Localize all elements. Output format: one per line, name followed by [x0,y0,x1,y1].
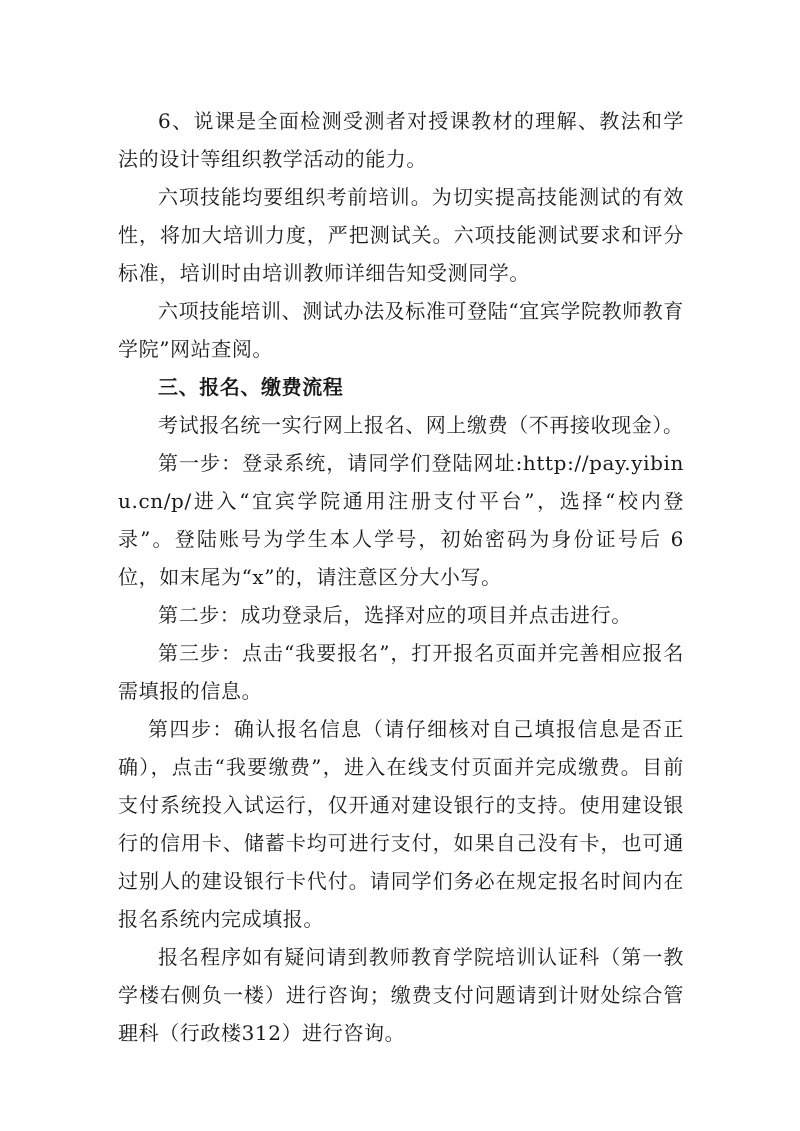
paragraph-training: 六项技能均要组织考前培训。为切实提高技能测试的有效性，将加大培训力度，严把测试关… [118,178,684,292]
paragraph-step-one: 第一步：登录系统，请同学们登陆网址:http://pay.yibinu.cn/p… [118,444,684,596]
paragraph-lecture-skill: 6、说课是全面检测受测者对授课教材的理解、教法和学法的设计等组织教学活动的能力。 [118,102,684,178]
paragraph-website-reference: 六项技能培训、测试办法及标准可登陆“宜宾学院教师教育学院”网站查阅。 [118,292,684,368]
paragraph-step-two: 第二步：成功登录后，选择对应的项目并点击进行。 [118,596,684,634]
paragraph-step-three: 第三步：点击“我要报名”，打开报名页面并完善相应报名需填报的信息。 [118,634,684,710]
page-number: 2 [121,1030,128,1044]
paragraph-online-registration: 考试报名统一实行网上报名、网上缴费（不再接收现金）。 [118,406,684,444]
section-heading-registration: 三、报名、缴费流程 [118,368,684,406]
paragraph-step-four: 第四步：确认报名信息（请仔细核对自己填报信息是否正确），点击“我要缴费”，进入在… [118,710,684,938]
document-page: 6、说课是全面检测受测者对授课教材的理解、教法和学法的设计等组织教学活动的能力。… [118,102,684,1052]
paragraph-contact-info: 报名程序如有疑问请到教师教育学院培训认证科（第一教学楼右侧负一楼）进行咨询；缴费… [118,938,684,1052]
